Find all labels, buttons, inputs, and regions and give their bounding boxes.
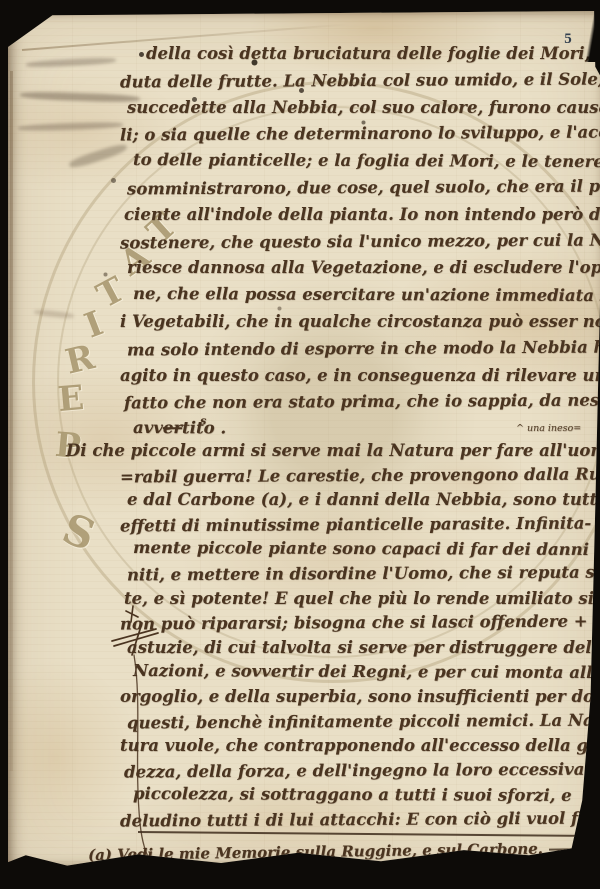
caret-mark: ^ [516, 423, 524, 434]
word-part: avv [133, 418, 163, 437]
manuscript-line: i Vegetabili, che in qualche circostanza… [120, 309, 594, 336]
manuscript-line: succedette alla Nebbia, col suo calore, … [127, 95, 594, 122]
manuscript-line: della così detta bruciatura delle foglie… [146, 41, 594, 68]
manuscript-line: te, e sì potente! E quel che più lo rend… [124, 587, 596, 612]
footnote-marker: (a) [88, 846, 112, 864]
ink-bleedthrough [26, 57, 116, 69]
manuscript-line: tura vuole, che contrapponendo all'ecces… [120, 734, 596, 759]
manuscript-line: =rabil guerra! Le carestie, che provengo… [120, 462, 596, 490]
manuscript-line: effetti di minutissime pianticelle paras… [120, 511, 596, 539]
manuscript-line: dezza, della forza, e dell'ingegno la lo… [124, 757, 596, 784]
interlinear-insertion: ^una ineso= [516, 423, 581, 434]
plus-mark-icon [126, 606, 138, 622]
line-text: Di che piccole armi si serve mai la Natu… [66, 441, 600, 460]
interlinear-correction: s [200, 414, 206, 427]
manuscript-line: li; o sia quelle che determinarono lo sv… [120, 120, 594, 150]
manuscript-line: astuzie, di cui talvolta si serve per di… [127, 636, 596, 661]
manuscript-line: to delle pianticelle; e la foglia dei Mo… [133, 147, 594, 176]
footnote-rule [549, 847, 600, 851]
seal-letter: E [56, 378, 85, 420]
manuscript-line: ciente all'indole della pianta. Io non i… [124, 202, 594, 229]
scan-corner-shadow [586, 0, 600, 62]
seal-letter: S [56, 504, 102, 561]
manuscript-line: non può ripararsi; bisogna che si lasci … [120, 610, 596, 638]
manuscript-line: orgoglio, e della superbia, sono insuffi… [120, 685, 596, 710]
manuscript-scan: T A T I R E P S 5 della così detta bruci… [0, 0, 600, 889]
manuscript-line: agito in questo caso, e in conseguenza d… [120, 363, 594, 390]
paper-edge-crease [10, 71, 13, 771]
cross-mark-icon [112, 623, 158, 655]
manuscript-line: deludino tutti i di lui attacchi: E con … [120, 806, 596, 834]
seal-letter: R [62, 337, 99, 382]
manuscript-line: riesce dannosa alla Vegetazione, e di es… [127, 255, 594, 282]
manuscript-line: e dal Carbone (a), e i danni della Nebbi… [127, 488, 596, 513]
manuscript-line: piccolezza, si sottraggano a tutti i suo… [133, 782, 596, 809]
manuscript-page: T A T I R E P S 5 della così detta bruci… [8, 11, 600, 869]
ink-flecks [8, 11, 11, 14]
manuscript-line: mente piccole piante sono capaci di far … [133, 536, 596, 563]
seal-letter: I [79, 303, 108, 346]
margin-marks [104, 603, 174, 863]
manuscript-line: somministrarono, due cose, quel suolo, c… [127, 174, 594, 204]
manuscript-line: Nazioni, e sovvertir dei Regni, e per cu… [133, 659, 596, 686]
manuscript-line: ne, che ella possa esercitare un'azione … [133, 281, 594, 310]
manuscript-line: Di che piccole armi si serve mai la Natu… [66, 439, 596, 464]
manuscript-line: fatto che non era stato prima, che io sa… [124, 388, 594, 418]
ink-bleedthrough [34, 309, 74, 319]
manuscript-line: ma solo intendo di esporre in che modo l… [127, 334, 594, 364]
manuscript-line: sostenere, che questo sia l'unico mezzo,… [120, 227, 594, 257]
manuscript-line: questi, benchè infinitamente piccoli nem… [127, 708, 596, 735]
paragraph-1: della così detta bruciatura delle foglie… [120, 41, 594, 443]
footnote-text: Vedi le mie Memorie sulla Ruggine, e sul… [117, 840, 543, 864]
struck-text: er [163, 418, 182, 437]
paragraph-2: Di che piccole armi si serve mai la Natu… [120, 439, 596, 833]
insertion-text: una ineso= [527, 423, 581, 434]
ink-bleedthrough [18, 121, 123, 132]
manuscript-line: duta delle frutte. La Nebbia col suo umi… [120, 66, 594, 96]
manuscript-line: niti, e mettere in disordine l'Uomo, che… [127, 561, 596, 588]
